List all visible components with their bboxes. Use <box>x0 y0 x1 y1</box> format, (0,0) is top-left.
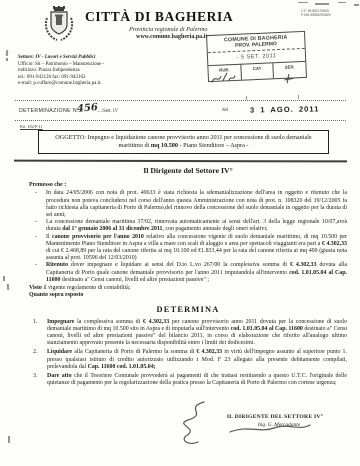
item-number: 3. <box>33 373 37 380</box>
quanto-line: Quanto sopra esposto <box>29 292 347 299</box>
sender-telefono: tel.: 091-943126 fax: 091-943162 <box>18 75 104 82</box>
sender-email: e-mail: p.cuffaro@comune.bagheria.pa.it. <box>18 81 104 88</box>
bagheria-coat-of-arms-icon <box>44 6 74 49</box>
scan-artifact <box>6 50 8 56</box>
item-number: 2. <box>33 349 37 356</box>
determinazione-label: DETERMINAZIONE N. <box>19 108 79 114</box>
fiscal-codes: C.F. 81000170829 P.IVA 00596290825 <box>301 9 330 18</box>
sender-indirizzo: indirizzo: Piazza Indipendenza <box>18 68 104 75</box>
determina-heading: DETERMINA <box>29 306 347 313</box>
oggetto-label: OGGETTO: <box>55 134 87 141</box>
premesso-item: Ritenuto dover impegnare e liquidare ai … <box>33 262 347 284</box>
sender-ufficio: Ufficio: Sit – Patrimonio – Manutenzione… <box>18 62 104 69</box>
dirigente-heading: Il Dirigente del Settore IV° <box>29 167 347 174</box>
item-text: Dare atto che il Tesoriere Comunale prov… <box>47 373 347 386</box>
determinazione-number-handwritten: 456 <box>77 102 99 115</box>
scan-artifact <box>6 58 8 61</box>
scan-artifact <box>298 95 299 99</box>
handwritten-mark <box>210 70 237 84</box>
determinazione-suffix: ..../Sett. IV <box>97 109 118 114</box>
item-text: Impegnare la complessiva somma di € 4.30… <box>47 319 347 347</box>
determina-item: 1.Impegnare la complessiva somma di € 4.… <box>33 319 347 348</box>
document-body: Il Dirigente del Settore IV° Premesso ch… <box>29 165 347 389</box>
scanned-document-page: CITTÀ DI BAGHERIA Provincia regionale di… <box>0 0 360 466</box>
website-text: www.comune.bagheria.pa.it <box>136 34 207 40</box>
determina-item: 3.Dare atto che il Tesoriere Comunale pr… <box>33 373 347 387</box>
dotted-rule <box>15 120 346 121</box>
sender-settore: Settore: IV - Lavori e Servizi Pubblici <box>18 55 104 62</box>
visto-line: Visto il vigente regolamento di contabil… <box>29 285 347 292</box>
protocol-stamp: COMUNE DI BAGHERIA PROV. PALERMO - 5 SET… <box>206 31 307 82</box>
date-stamp: 3 1 AGO. 2011 <box>250 104 320 114</box>
item-number: 1. <box>33 319 37 326</box>
province-subtitle: Provincia regionale di Palermo <box>129 26 207 33</box>
handwritten-mark <box>284 73 294 84</box>
determinazione-row: DETERMINAZIONE N. 456 ..../Sett. IV del … <box>0 103 360 119</box>
premesso-item: Il canone provvisorio per l'anno 2010 re… <box>33 234 347 263</box>
stamp-col-cat: CAT <box>240 63 273 79</box>
signature-stroke <box>228 421 312 435</box>
sender-block: Settore: IV - Lavori e Servizi Pubblici … <box>18 55 104 88</box>
item-text: Liquidare alla Capitaneria di Porto di P… <box>47 349 347 369</box>
scan-artifact <box>8 436 10 443</box>
city-title: CITTÀ DI BAGHERIA <box>85 9 233 25</box>
premesso-list: In data 24/05/2006 con nota di prot. 496… <box>29 190 347 284</box>
scan-artifact <box>354 4 359 6</box>
determina-item: 2.Liquidare alla Capitaneria di Porto di… <box>33 349 347 371</box>
premesso-item: In data 24/05/2006 con nota di prot. 496… <box>33 190 347 219</box>
scan-artifact <box>315 3 329 5</box>
scan-artifact <box>338 2 346 3</box>
del-label: del <box>222 108 228 113</box>
fiscal-piva: P.IVA 00596290825 <box>301 13 330 17</box>
oggetto-box: OGGETTO: Impegno e liquidazione canone p… <box>38 130 329 154</box>
dotted-rule <box>15 100 346 101</box>
determina-list: 1.Impegnare la complessiva somma di € 4.… <box>29 319 347 388</box>
scan-artifact <box>298 2 308 3</box>
reference-number: Rif. 182/P-11 <box>20 124 43 129</box>
premesso-label: Premesso che : <box>29 182 347 189</box>
oggetto-text: Impegno e liquidazione canone provvisori… <box>88 134 312 149</box>
signature-title: IL DIRIGENTE DEL SETTORE IV° <box>200 414 350 420</box>
heavy-rule <box>14 160 347 163</box>
scan-artifact <box>7 284 9 290</box>
premesso-item: La concessione demaniale marittima 37/02… <box>33 219 347 233</box>
scan-artifact <box>3 276 5 281</box>
